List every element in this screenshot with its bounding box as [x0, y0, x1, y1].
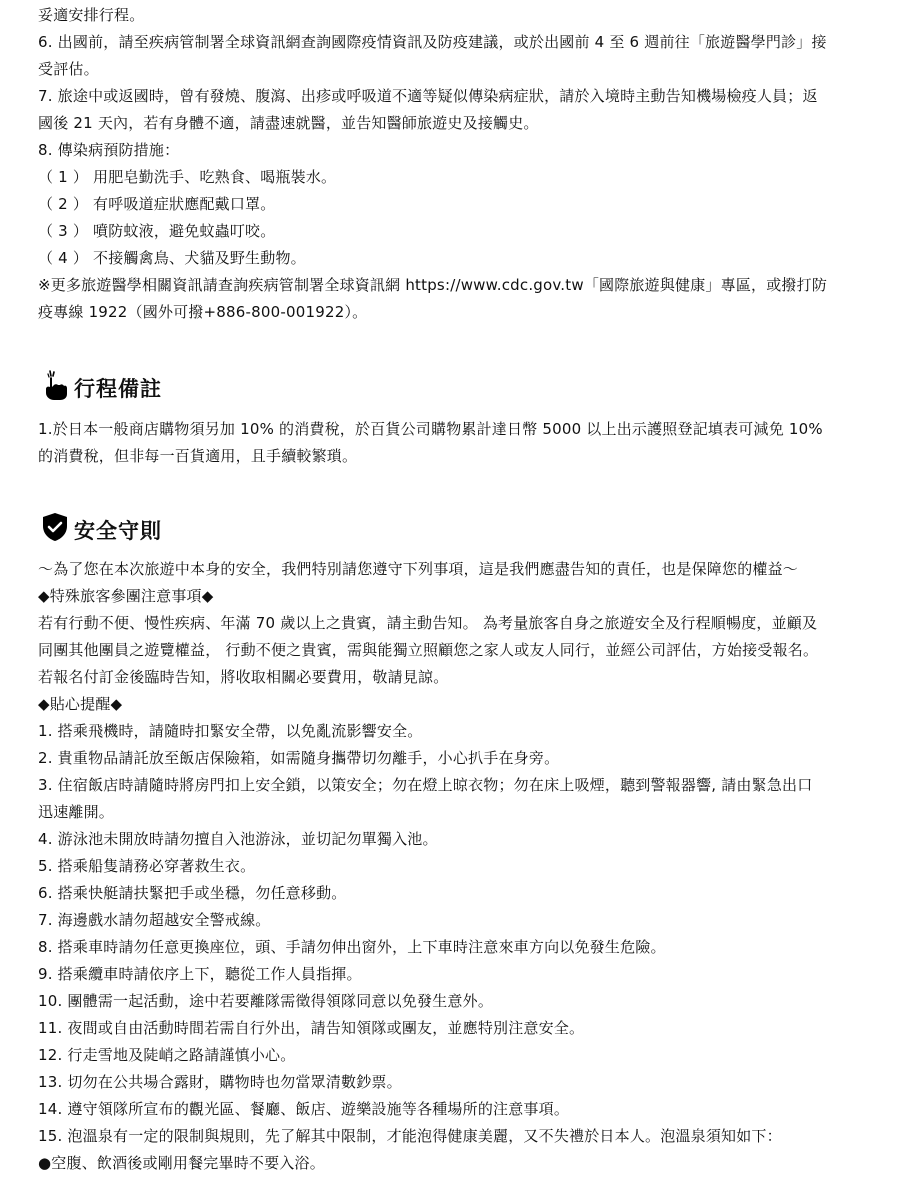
health-line: 國後 21 天內，若有身體不適，請盡速就醫，並告知醫師旅遊史及接觸史。	[38, 110, 863, 137]
shield-check-icon	[38, 510, 72, 544]
tips-heading: ◆貼心提醒◆	[38, 691, 863, 718]
health-line: 8. 傳染病預防措施：	[38, 137, 863, 164]
health-line: 妥適安排行程。	[38, 2, 863, 29]
itinerary-notes-title: 行程備註	[74, 376, 162, 402]
tip-item: 4. 游泳池未開放時請勿擅自入池游泳，並切記勿單獨入池。	[38, 826, 863, 853]
tip-item: 迅速離開。	[38, 799, 863, 826]
tip-item: 2. 貴重物品請託放至飯店保險箱，如需隨身攜帶切勿離手，小心扒手在身旁。	[38, 745, 863, 772]
itinerary-note-line: 的消費稅，但非每一百貨適用，且手續較繁瑣。	[38, 443, 863, 470]
special-travelers-line: 同團其他團員之遊覽權益， 行動不便之貴賓，需與能獨立照顧您之家人或友人同行，並經…	[38, 637, 863, 664]
special-travelers-heading: ◆特殊旅客參團注意事項◆	[38, 583, 863, 610]
tip-item: 12. 行走雪地及陡峭之路請謹慎小心。	[38, 1042, 863, 1069]
health-line: 6. 出國前，請至疾病管制署全球資訊網查詢國際疫情資訊及防疫建議，或於出國前 4…	[38, 29, 863, 56]
tip-item: 5. 搭乘船隻請務必穿著救生衣。	[38, 853, 863, 880]
health-line: 受評估。	[38, 56, 863, 83]
health-section: 妥適安排行程。 6. 出國前，請至疾病管制署全球資訊網查詢國際疫情資訊及防疫建議…	[38, 0, 863, 326]
tip-item: 9. 搭乘纜車時請依序上下，聽從工作人員指揮。	[38, 961, 863, 988]
itinerary-note-line: 1.於日本一般商店購物須另加 10% 的消費稅，於百貨公司購物累計達日幣 500…	[38, 416, 863, 443]
tip-item: 15. 泡溫泉有一定的限制與規則，先了解其中限制，才能泡得健康美麗，又不失禮於日…	[38, 1123, 863, 1150]
prevention-item: （ 1 ） 用肥皂勤洗手、吃熟食、喝瓶裝水。	[38, 164, 863, 191]
pointing-hand-icon	[38, 368, 72, 402]
document-page: 妥適安排行程。 6. 出國前，請至疾病管制署全球資訊網查詢國際疫情資訊及防疫建議…	[0, 0, 901, 1177]
health-line: 7. 旅途中或返國時，曾有發燒、腹瀉、出疹或呼吸道不適等疑似傳染病症狀，請於入境…	[38, 83, 863, 110]
tip-item: 1. 搭乘飛機時，請隨時扣緊安全帶，以免亂流影響安全。	[38, 718, 863, 745]
tip-item: ●空腹、飲酒後或剛用餐完畢時不要入浴。	[38, 1150, 863, 1177]
special-travelers-line: 若報名付訂金後臨時告知，將收取相關必要費用，敬請見諒。	[38, 664, 863, 691]
tip-item: 11. 夜間或自由活動時間若需自行外出，請告知領隊或團友，並應特別注意安全。	[38, 1015, 863, 1042]
cdc-note: ※更多旅遊醫學相關資訊請查詢疾病管制署全球資訊網 https://www.cdc…	[38, 272, 863, 299]
tip-item: 6. 搭乘快艇請扶緊把手或坐穩，勿任意移動。	[38, 880, 863, 907]
prevention-item: （ 3 ） 噴防蚊液，避免蚊蟲叮咬。	[38, 218, 863, 245]
tip-item: 14. 遵守領隊所宣布的觀光區、餐廳、飯店、遊樂設施等各種場所的注意事項。	[38, 1096, 863, 1123]
prevention-item: （ 2 ） 有呼吸道症狀應配戴口罩。	[38, 191, 863, 218]
tip-item: 13. 切勿在公共場合露財，購物時也勿當眾清數鈔票。	[38, 1069, 863, 1096]
tip-item: 7. 海邊戲水請勿超越安全警戒線。	[38, 907, 863, 934]
safety-title: 安全守則	[74, 518, 162, 544]
itinerary-notes-section: 行程備註 1.於日本一般商店購物須另加 10% 的消費稅，於百貨公司購物累計達日…	[38, 362, 863, 470]
tip-item: 3. 住宿飯店時請隨時將房門扣上安全鎖，以策安全；勿在燈上晾衣物；勿在床上吸煙，…	[38, 772, 863, 799]
tip-item: 10. 團體需一起活動，途中若要離隊需徵得領隊同意以免發生意外。	[38, 988, 863, 1015]
special-travelers-line: 若有行動不便、慢性疾病、年滿 70 歲以上之貴賓，請主動告知。 為考量旅客自身之…	[38, 610, 863, 637]
prevention-item: （ 4 ） 不接觸禽鳥、犬貓及野生動物。	[38, 245, 863, 272]
safety-header: 安全守則	[38, 504, 863, 544]
cdc-note: 疫專線 1922（國外可撥+886-800-001922）。	[38, 299, 863, 326]
safety-section: 安全守則 ～為了您在本次旅遊中本身的安全，我們特別請您遵守下列事項，這是我們應盡…	[38, 504, 863, 1177]
safety-intro: ～為了您在本次旅遊中本身的安全，我們特別請您遵守下列事項，這是我們應盡告知的責任…	[38, 556, 863, 583]
itinerary-notes-header: 行程備註	[38, 362, 863, 402]
tip-item: 8. 搭乘車時請勿任意更換座位，頭、手請勿伸出窗外，上下車時注意來車方向以免發生…	[38, 934, 863, 961]
